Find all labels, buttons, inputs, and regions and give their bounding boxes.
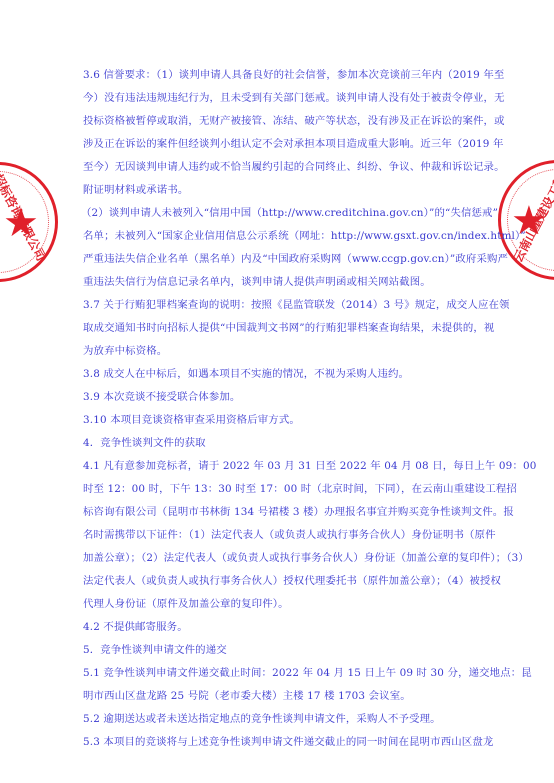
document-page: ★ 招标咨询有限公司 ★ 云南山重建设工程 3.6 信誉要求：（1）谈判申请人具… (0, 0, 554, 783)
text-line: 明市西山区盘龙路 25 号院（老市委大楼）主楼 17 楼 1703 会议室。 (83, 688, 483, 704)
text-line: 5.1 竞争性谈判申请文件递交截止时间：2022 年 04 月 15 日上午 0… (83, 665, 483, 681)
text-line: 名时需携带以下证件：（1）法定代表人（或负责人或执行事务合伙人）身份证明书（原件 (83, 527, 483, 543)
text-line: 3.10 本项目竞谈资格审查采用资格后审方式。 (83, 412, 483, 428)
text-line: 代理人身份证（原件及加盖公章的复印件）。 (83, 596, 483, 612)
section-heading: 5．竞争性谈判申请文件的递交 (83, 642, 483, 658)
text-line: 名单；未被列入“国家企业信用信息公示系统（网址：http://www.gsxt.… (83, 228, 483, 244)
text-line: 严重违法失信企业名单（黑名单）内及“中国政府采购网（www.ccgp.gov.c… (83, 251, 483, 267)
text-line: 今）没有违法违规违纪行为，且未受到有关部门惩戒。谈判申请人没有处于被责令停业，无 (83, 90, 483, 106)
text-line: 涉及正在诉讼的案件但经谈判小组认定不会对承担本项目造成重大影响。近三年（2019… (83, 136, 483, 152)
text-line: 4.2 不提供邮寄服务。 (83, 619, 483, 635)
text-line: 时至 12：00 时，下午 13：30 时至 17：00 时（北京时间，下同），… (83, 481, 483, 497)
text-line: 为放弃中标资格。 (83, 343, 483, 359)
section-heading: 4．竞争性谈判文件的获取 (83, 435, 483, 451)
text-line: 重违法失信行为信息记录名单内，谈判申请人提供声明函或相关网站截图。 (83, 274, 483, 290)
company-seal-left: ★ 招标咨询有限公司 (0, 162, 58, 282)
text-line: 5.2 逾期送达或者未送达指定地点的竞争性谈判申请文件，采购人不予受理。 (83, 711, 483, 727)
text-line: 3.9 本次竞谈不接受联合体参加。 (83, 389, 483, 405)
text-line: 取成交通知书时向招标人提供“中国裁判文书网”的行贿犯罪档案查询结果，未提供的，视 (83, 320, 483, 336)
text-line: 加盖公章）；（2）法定代表人（或负责人或执行事务合伙人）身份证（加盖公章的复印件… (83, 550, 483, 566)
text-line: 标咨询有限公司（昆明市书林街 134 号裙楼 3 楼）办理报名事宜并购买竞争性谈… (83, 504, 483, 520)
text-line: 投标资格被暂停或取消，无财产被接管、冻结、破产等状态，没有涉及正在诉讼的案件，或 (83, 113, 483, 129)
text-line: 3.8 成交人在中标后，如遇本项目不实施的情况，不视为采购人违约。 (83, 366, 483, 382)
text-line: （2）谈判申请人未被列入“信用中国（http://www.creditchina… (81, 205, 481, 221)
text-line: 3.6 信誉要求：（1）谈判申请人具备良好的社会信誉，参加本次竞谈前三年内（20… (83, 67, 483, 83)
text-line: 至今）无因谈判申请人违约或不恰当履约引起的合同终止、纠纷、争议、仲裁和诉讼记录。 (83, 159, 483, 175)
text-line: 法定代表人（或负责人或执行事务合伙人）授权代理委托书（原件加盖公章）；（4）被授… (83, 573, 483, 589)
text-line: 附证明材料或承诺书。 (83, 182, 483, 198)
text-line: 3.7 关于行贿犯罪档案查询的说明：按照《昆监管联发（2014）3 号》规定，成… (83, 297, 483, 313)
text-line: 5.3 本项目的竞谈将与上述竞争性谈判申请文件递交截止的同一时间在昆明市西山区盘… (83, 734, 483, 750)
text-line: 4.1 凡有意参加竞标者，请于 2022 年 03 月 31 日至 2022 年… (83, 458, 483, 474)
